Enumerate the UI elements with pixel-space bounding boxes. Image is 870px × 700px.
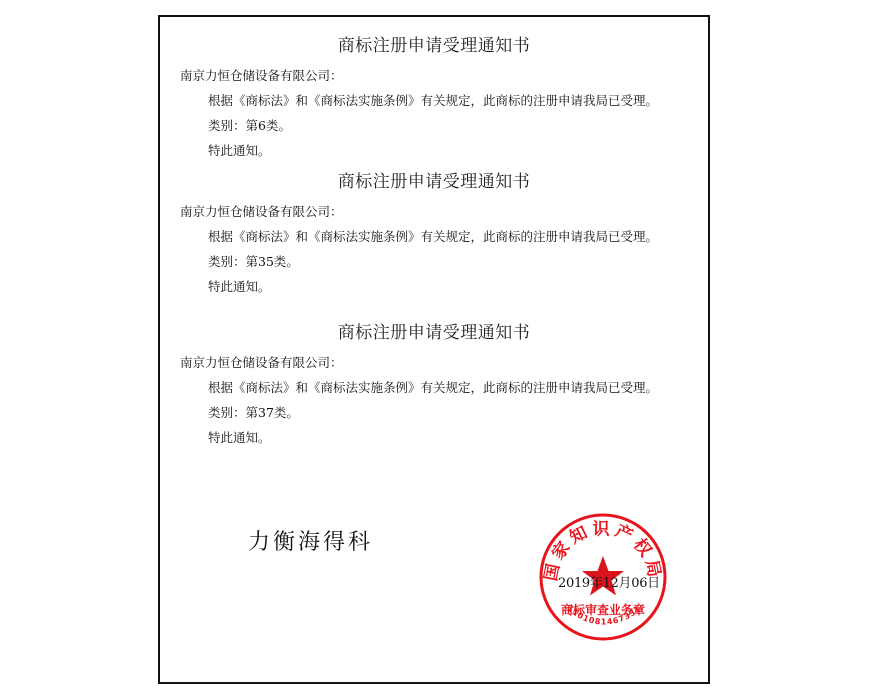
trademark-category: 类别：第6类。	[208, 118, 291, 134]
notice-body: 根据《商标法》和《商标法实施条例》有关规定，此商标的注册申请我局已受理。	[208, 93, 658, 109]
notice-body: 根据《商标法》和《商标法实施条例》有关规定，此商标的注册申请我局已受理。	[208, 380, 658, 396]
notice-title: 商标注册申请受理通知书	[160, 322, 708, 344]
addressee: 南京力恒仓储设备有限公司：	[180, 204, 343, 220]
closing-text: 特此通知。	[208, 430, 271, 446]
notice-title: 商标注册申请受理通知书	[160, 35, 708, 57]
issue-date: 2019年12月06日	[558, 572, 660, 591]
addressee: 南京力恒仓储设备有限公司：	[180, 68, 343, 84]
trademark-category: 类别：第37类。	[208, 405, 299, 421]
notice-body: 根据《商标法》和《商标法实施条例》有关规定，此商标的注册申请我局已受理。	[208, 229, 658, 245]
notice-title: 商标注册申请受理通知书	[160, 171, 708, 193]
trademark-category: 类别：第35类。	[208, 254, 299, 270]
notice-document: 商标注册申请受理通知书 南京力恒仓储设备有限公司： 根据《商标法》和《商标法实施…	[158, 15, 710, 684]
closing-text: 特此通知。	[208, 279, 271, 295]
addressee: 南京力恒仓储设备有限公司：	[180, 355, 343, 371]
closing-text: 特此通知。	[208, 143, 271, 159]
trademark-name: 力衡海得科	[248, 525, 373, 556]
